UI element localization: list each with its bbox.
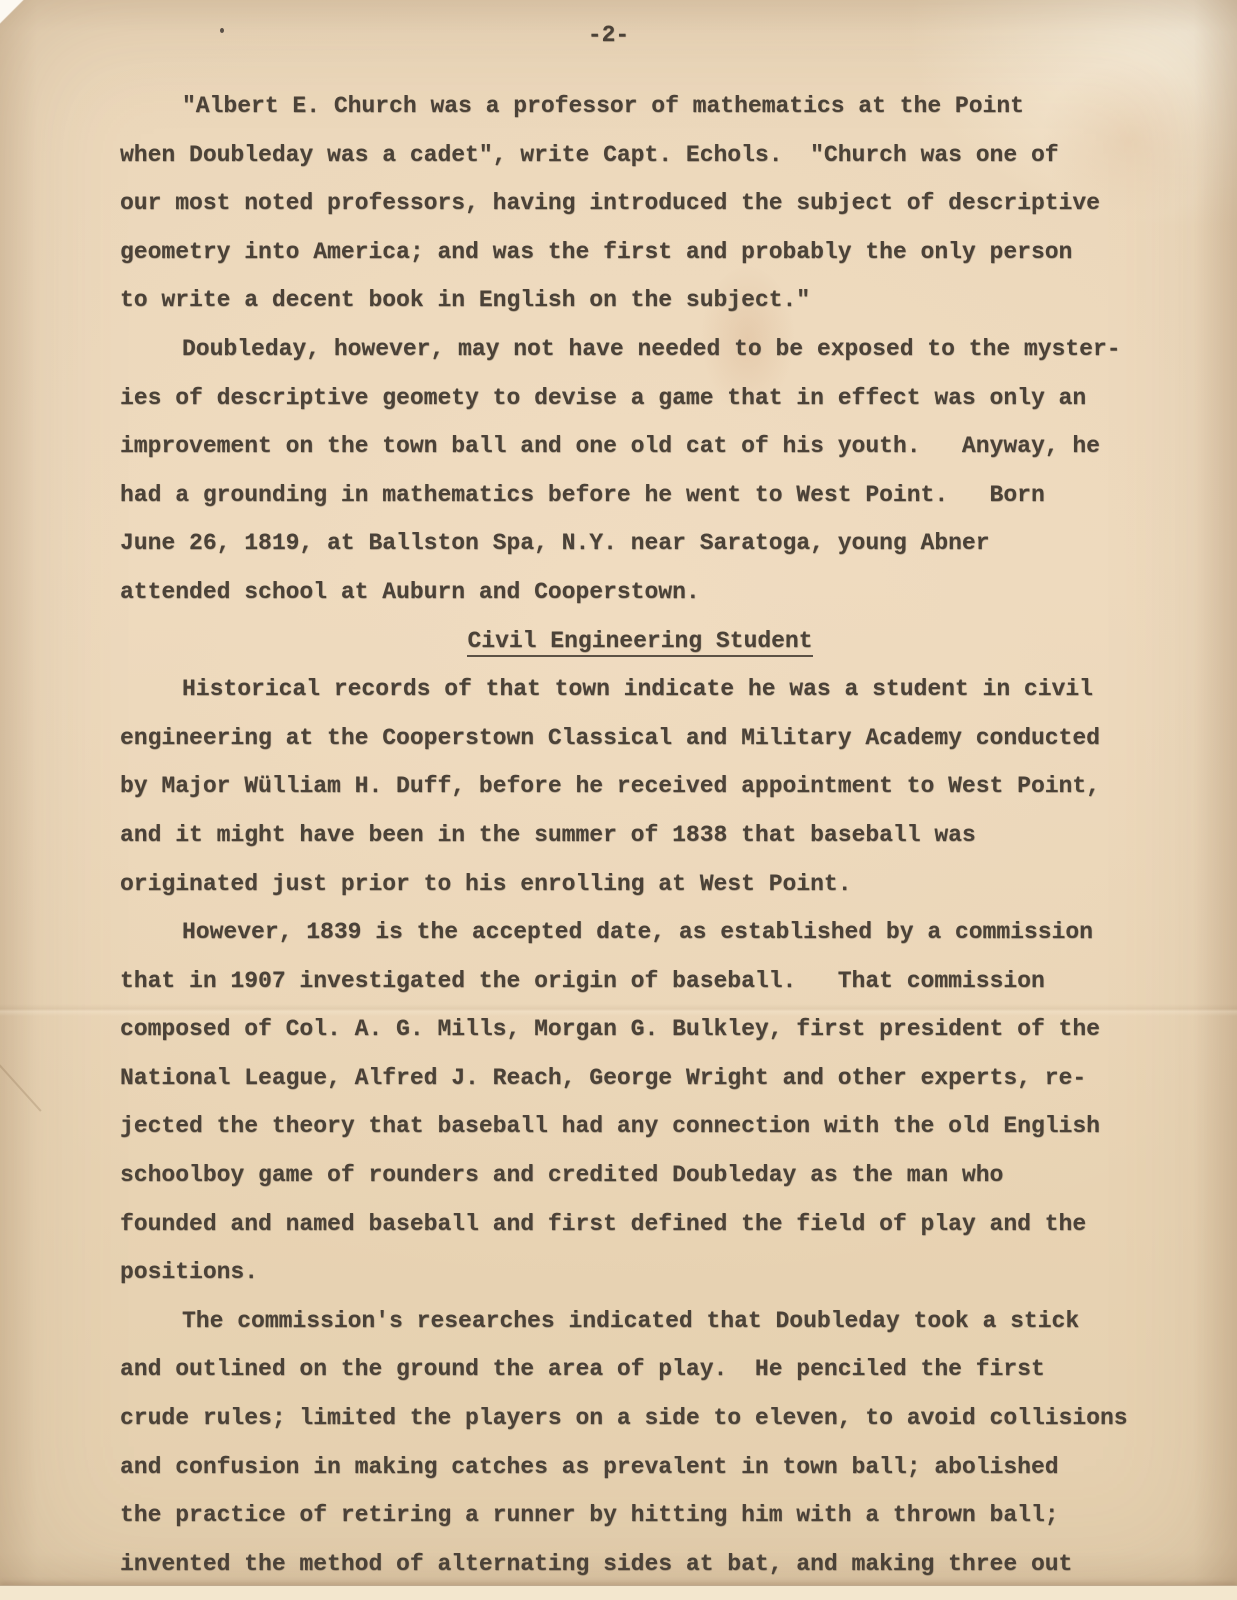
section-heading-text: Civil Engineering Student	[467, 628, 812, 657]
text-line: The commission's researches indicated th…	[120, 1297, 1160, 1346]
text-line: founded and named baseball and first def…	[120, 1200, 1160, 1249]
text-line: ies of descriptive geomety to devise a g…	[120, 374, 1160, 423]
text-line: composed of Col. A. G. Mills, Morgan G. …	[120, 1005, 1160, 1054]
text-line: Doubleday, however, may not have needed …	[120, 325, 1160, 374]
text-line: jected the theory that baseball had any …	[120, 1102, 1160, 1151]
text-line: June 26, 1819, at Ballston Spa, N.Y. nea…	[120, 519, 1160, 568]
typewritten-text: "Albert E. Church was a professor of mat…	[120, 82, 1160, 1588]
text-line: crude rules; limited the players on a si…	[120, 1394, 1160, 1443]
text-line: and confusion in making catches as preva…	[120, 1443, 1160, 1492]
text-line: engineering at the Cooperstown Classical…	[120, 714, 1160, 763]
text-line: Historical records of that town indicate…	[120, 665, 1160, 714]
fold-crease	[0, 1058, 42, 1111]
text-line: invented the method of alternating sides…	[120, 1540, 1160, 1589]
text-line: by Major Wülliam H. Duff, before he rece…	[120, 762, 1160, 811]
text-line: However, 1839 is the accepted date, as e…	[120, 908, 1160, 957]
text-line: National League, Alfred J. Reach, George…	[120, 1054, 1160, 1103]
text-line: had a grounding in mathematics before he…	[120, 471, 1160, 520]
text-line: the practice of retiring a runner by hit…	[120, 1491, 1160, 1540]
text-line: schoolboy game of rounders and credited …	[120, 1151, 1160, 1200]
text-line: and it might have been in the summer of …	[120, 811, 1160, 860]
text-line: "Albert E. Church was a professor of mat…	[120, 82, 1160, 131]
text-line: to write a decent book in English on the…	[120, 276, 1160, 325]
text-line: that in 1907 investigated the origin of …	[120, 957, 1160, 1006]
text-line: improvement on the town ball and one old…	[120, 422, 1160, 471]
text-line: our most noted professors, having introd…	[120, 179, 1160, 228]
text-line: attended school at Auburn and Cooperstow…	[120, 568, 1160, 617]
page-number: -2-	[0, 22, 1217, 48]
text-line: positions.	[120, 1248, 1160, 1297]
text-line: originated just prior to his enrolling a…	[120, 860, 1160, 909]
text-line: geometry into America; and was the first…	[120, 228, 1160, 277]
document-page: -2- "Albert E. Church was a professor of…	[0, 0, 1237, 1600]
text-line: and outlined on the ground the area of p…	[120, 1345, 1160, 1394]
torn-corner	[0, 0, 30, 24]
page-bottom-edge	[0, 1585, 1237, 1600]
text-line: when Doubleday was a cadet", write Capt.…	[120, 131, 1160, 180]
section-heading: Civil Engineering Student	[120, 617, 1160, 666]
